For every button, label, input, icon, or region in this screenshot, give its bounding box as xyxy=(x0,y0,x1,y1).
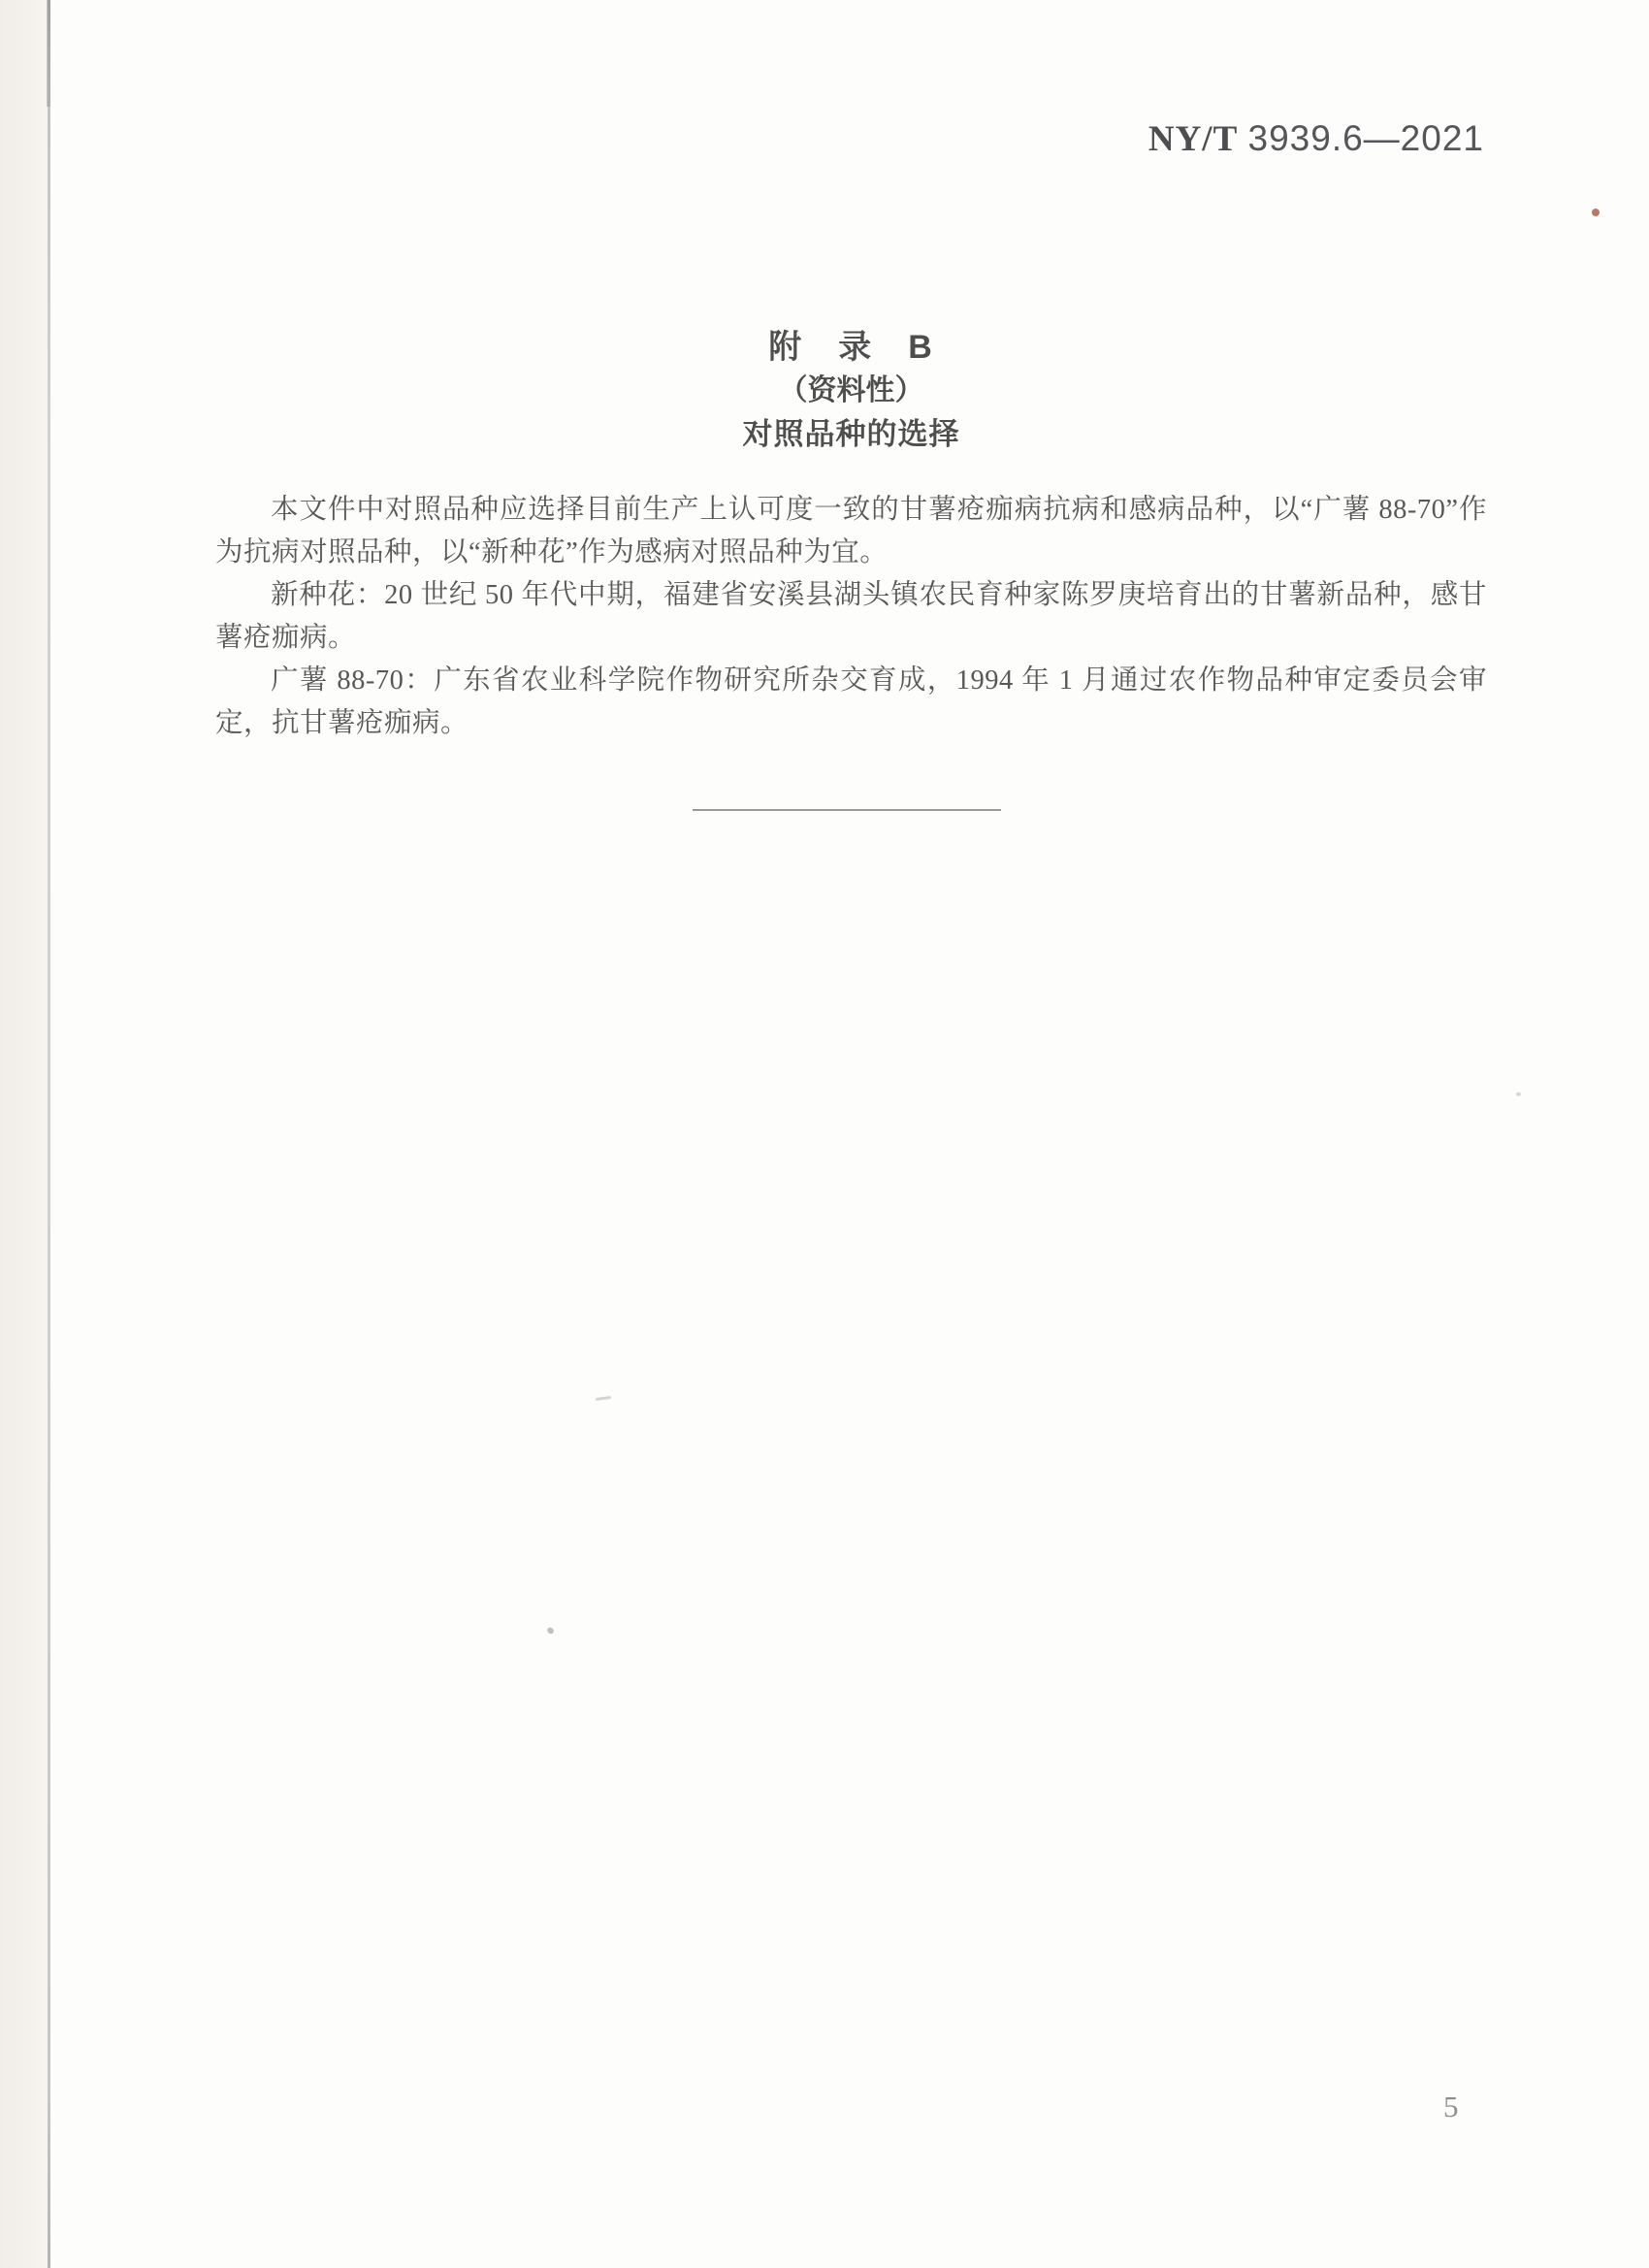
standard-prefix: NY/T xyxy=(1148,119,1238,159)
red-ink-speck xyxy=(1592,209,1600,216)
scan-page-edge-line xyxy=(48,0,50,2268)
scan-speck-faint xyxy=(1516,1092,1521,1096)
scan-left-margin-strip xyxy=(0,0,48,2268)
standard-number: 3939.6—2021 xyxy=(1248,118,1484,158)
page-number: 5 xyxy=(1443,2090,1459,2124)
appendix-title-block: 附 录 B （资料性） 对照品种的选择 xyxy=(215,326,1487,456)
appendix-subtitle: （资料性） xyxy=(215,370,1487,412)
appendix-heading: 对照品种的选择 xyxy=(215,413,1487,456)
scan-speck-mark xyxy=(596,1396,611,1401)
document-body: 本文件中对照品种应选择目前生产上认可度一致的甘薯疮痂病抗病和感病品种，以“广薯 … xyxy=(215,489,1487,745)
paragraph-xinzhonghua: 新种花：20 世纪 50 年代中期，福建省安溪县湖头镇农民育种家陈罗庚培育出的甘… xyxy=(215,574,1487,660)
paragraph-intro: 本文件中对照品种应选择目前生产上认可度一致的甘薯疮痂病抗病和感病品种，以“广薯 … xyxy=(215,489,1487,574)
end-of-text-rule xyxy=(693,809,1001,811)
standard-code-header: NY/T 3939.6—2021 xyxy=(1148,118,1484,160)
scan-speck-dot xyxy=(546,1626,555,1635)
scan-edge-dark-mark xyxy=(47,0,50,107)
scanned-document-page: NY/T 3939.6—2021 附 录 B （资料性） 对照品种的选择 本文件… xyxy=(0,0,1649,2268)
appendix-title: 附 录 B xyxy=(215,326,1487,369)
paragraph-guangshu: 广薯 88-70：广东省农业科学院作物研究所杂交育成，1994 年 1 月通过农… xyxy=(215,660,1487,745)
